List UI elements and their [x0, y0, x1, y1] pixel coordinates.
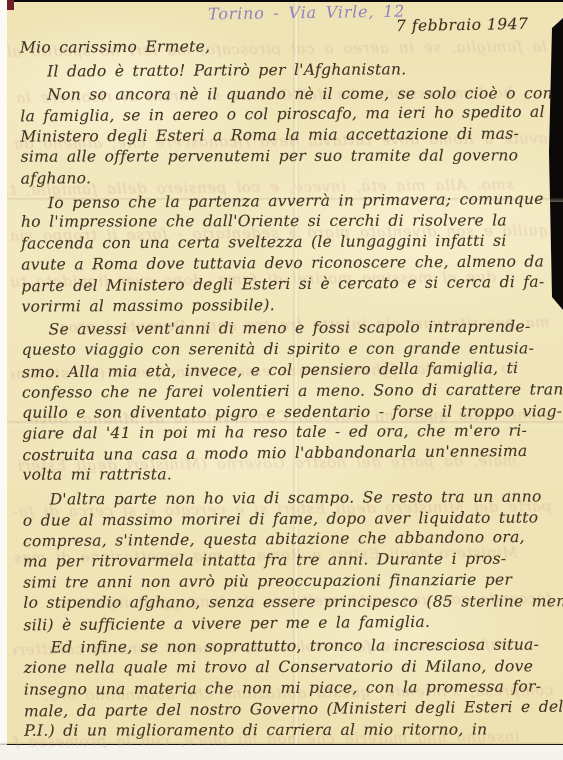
letter-line: zione nella quale mi trovo al Conservato…: [24, 656, 560, 678]
corner-mark: [7, 0, 14, 10]
letter-line: Ed infine, se non soprattutto, tronco la…: [24, 635, 560, 659]
address-line: Torino - Via Virle, 12: [208, 2, 405, 24]
letter-line: costruita una casa a modo mio l'abbandon…: [22, 441, 558, 466]
letter-line: confesso che ne farei volentieri a meno.…: [22, 379, 558, 403]
letter-line: lo stipendio afghano, senza essere princ…: [23, 591, 559, 613]
letter-line: Il dado è tratto! Partirò per l'Afghanis…: [20, 58, 556, 82]
letter-line: male, da parte del nostro Governo (Minis…: [24, 696, 560, 721]
letter-line: afghano.: [21, 165, 557, 189]
letter-line: Ministero degli Esteri a Roma la mia acc…: [20, 124, 556, 148]
scanner-edge-left: [0, 0, 7, 760]
letter-line: ho l'impressione che dall'Oriente si cer…: [21, 211, 557, 233]
salutation: Mio carissimo Ermete,: [20, 34, 556, 58]
letter-line: volta mi rattrista.: [23, 463, 559, 485]
date-line: 7 febbraio 1947: [396, 15, 529, 35]
letter-line: Se avessi vent'anni di meno e fossi scap…: [22, 317, 558, 341]
letter-line: quillo e son diventato pigro e sedentari…: [22, 401, 558, 423]
letter-line: vorirmi al massimo possibile).: [21, 293, 557, 317]
scanner-edge-bottom: [0, 745, 563, 760]
letter-line: simi tre anni non avrò più preoccupazion…: [23, 569, 559, 593]
letter-line: sima alle offerte pervenutemi per suo tr…: [21, 145, 557, 167]
letter-line: P.I.) di un miglioramento di carriera al…: [24, 719, 560, 741]
letter-line: sili) è sufficiente a vivere per me e la…: [23, 610, 559, 635]
letter-line: questo viaggio con serenità di spirito e…: [22, 338, 558, 360]
letter-body: Mio carissimo Ermete, Il dado è tratto! …: [20, 34, 560, 742]
